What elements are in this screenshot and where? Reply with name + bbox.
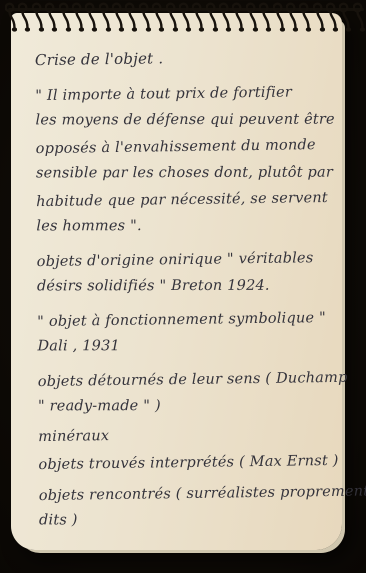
- spiral-loop-icon: [353, 1, 365, 37]
- spiral-loop-icon: [286, 1, 298, 37]
- spiral-loop-icon: [152, 1, 164, 37]
- handwritten-line: " objet à fonctionnement symbolique ": [37, 304, 334, 335]
- handwritten-line: objets rencontrés ( surréalistes proprem…: [39, 478, 336, 509]
- spiral-loop-icon: [45, 1, 57, 37]
- spiral-loop-icon: [85, 1, 97, 37]
- block-note-mineraux: minéraux: [38, 420, 335, 449]
- block-note-onirique: objets d'origine onirique " véritablesdé…: [37, 245, 334, 301]
- handwritten-line: habitude que par nécessité, se servent: [36, 184, 333, 215]
- handwritten-line: Dali , 1931: [37, 333, 334, 360]
- spiral-loop-icon: [219, 1, 231, 37]
- spiral-loop-icon: [125, 1, 137, 37]
- spiral-loop-icon: [246, 1, 258, 37]
- spiral-loop-icon: [166, 1, 178, 37]
- spiral-loop-icon: [273, 1, 285, 37]
- handwritten-line: dits ): [39, 507, 336, 534]
- spiral-loop-icon: [32, 1, 44, 37]
- notebook-page: Crise de l'objet ." Il importe à tout pr…: [11, 13, 342, 550]
- spiral-loop-icon: [18, 1, 30, 37]
- photo-background: Crise de l'objet ." Il importe à tout pr…: [0, 0, 366, 573]
- block-note-symbolique: " objet à fonctionnement symbolique "Dal…: [37, 305, 334, 361]
- handwriting: Crise de l'objet ." Il importe à tout pr…: [35, 44, 336, 542]
- handwritten-line: désirs solidifiés " Breton 1924.: [37, 273, 334, 300]
- handwritten-line: objets trouvés interprétés ( Max Ernst ): [38, 448, 335, 479]
- handwritten-line: objets d'origine onirique " véritables: [37, 244, 334, 275]
- block-note-trouves: objets trouvés interprétés ( Max Ernst ): [38, 449, 335, 478]
- spiral-loop-icon: [112, 1, 124, 37]
- spiral-loop-icon: [299, 1, 311, 37]
- spiral-loop-icon: [339, 1, 351, 37]
- spiral-loop-icon: [192, 1, 204, 37]
- spiral-loop-icon: [259, 1, 271, 37]
- spiral-loop-icon: [5, 1, 17, 37]
- handwritten-line: " Il importe à tout prix de fortifier: [35, 78, 332, 109]
- spiral-loop-icon: [232, 1, 244, 37]
- block-heading: Crise de l'objet .: [35, 44, 332, 73]
- handwritten-line: Crise de l'objet .: [35, 43, 332, 74]
- spiral-loop-icon: [99, 1, 111, 37]
- spiral-loop-icon: [326, 1, 338, 37]
- spiral-loop-icon: [179, 1, 191, 37]
- block-note-detournes: objets détournés de leur sens ( Duchamp"…: [38, 365, 335, 421]
- spiral-loop-icon: [313, 1, 325, 37]
- handwritten-line: " ready-made " ): [38, 393, 335, 420]
- block-quote: " Il importe à tout prix de fortifierles…: [35, 79, 333, 241]
- handwritten-line: les moyens de défense qui peuvent être: [35, 107, 332, 134]
- handwritten-line: objets détournés de leur sens ( Duchamp: [38, 364, 335, 395]
- spiral-binding: [5, 1, 365, 37]
- handwritten-line: opposés à l'envahissement du monde: [36, 131, 333, 162]
- handwritten-line: les hommes ".: [36, 213, 333, 240]
- spiral-loop-icon: [139, 1, 151, 37]
- block-note-rencontres: objets rencontrés ( surréalistes proprem…: [39, 479, 336, 535]
- spiral-loop-icon: [59, 1, 71, 37]
- spiral-loop-icon: [72, 1, 84, 37]
- handwritten-line: sensible par les choses dont, plutôt par: [36, 160, 333, 187]
- handwritten-line: minéraux: [38, 419, 335, 450]
- spiral-loop-icon: [206, 1, 218, 37]
